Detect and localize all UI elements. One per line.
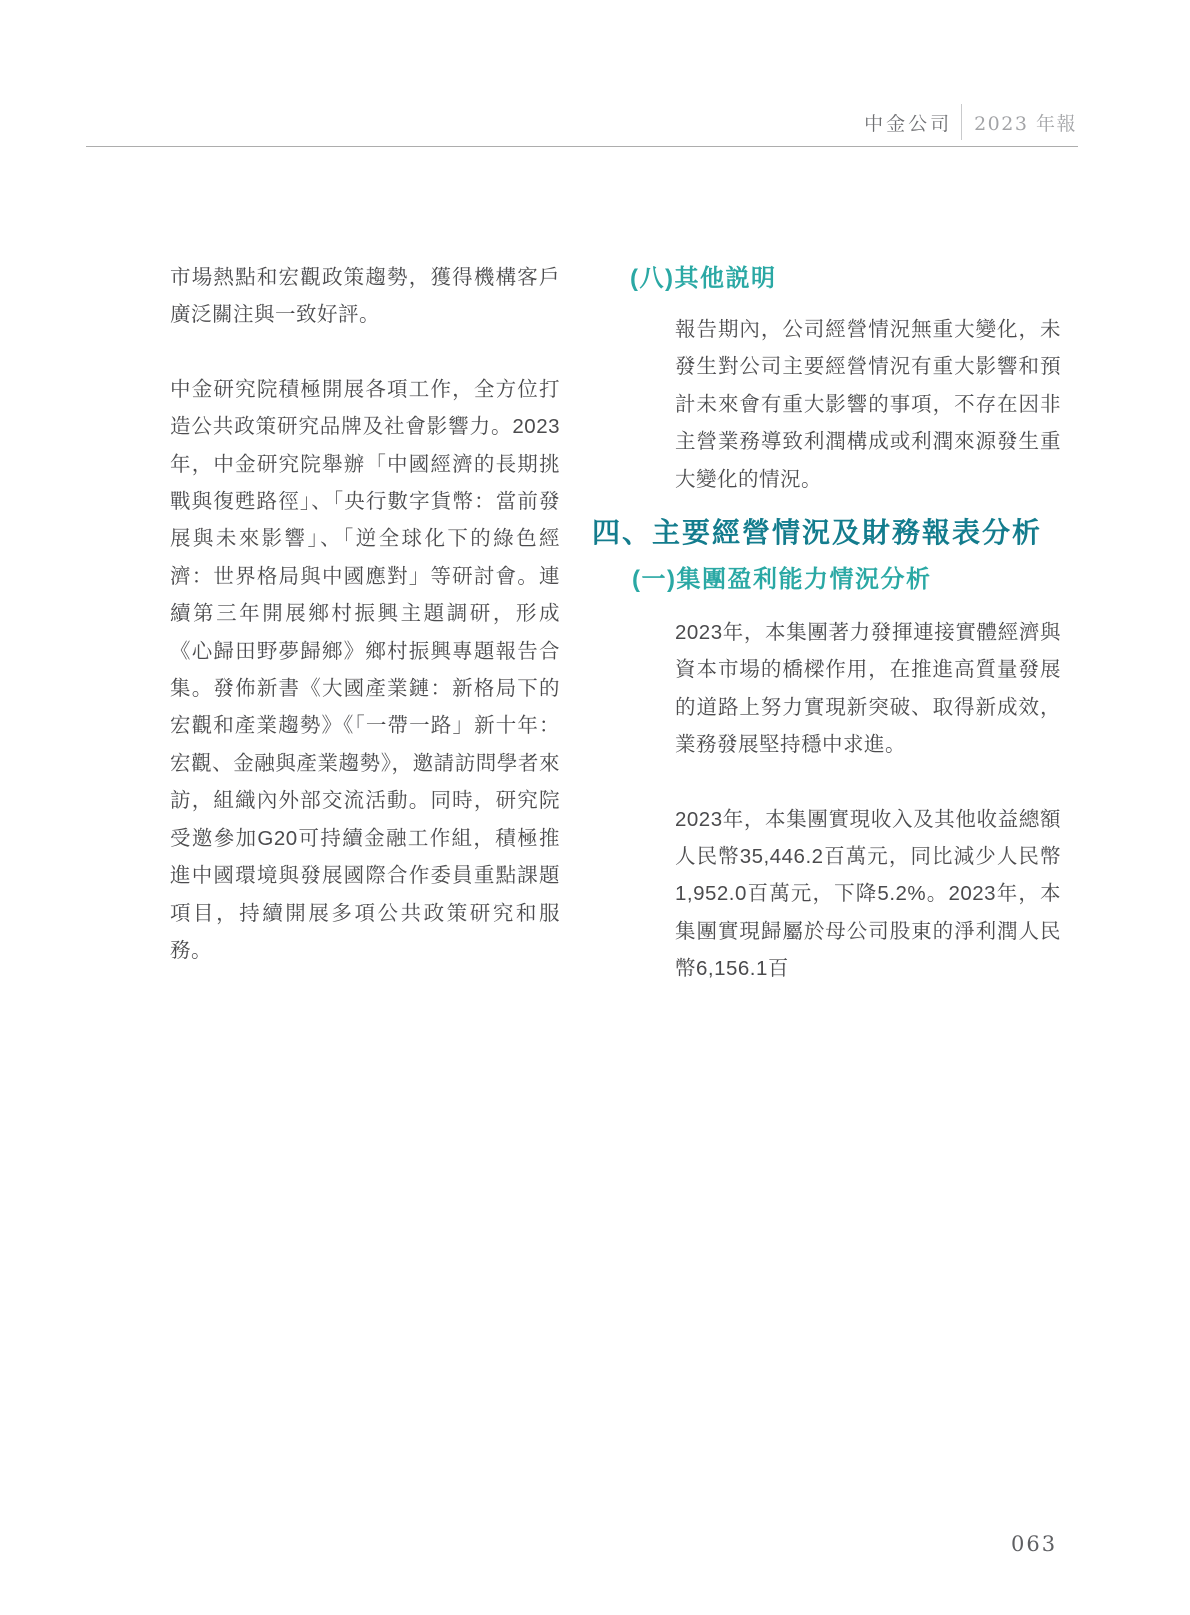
section-heading-other-notes: (八)其他説明 <box>630 263 1062 295</box>
profitability-paragraph-1: 2023年，本集團著力發揮連接實體經濟與資本市場的橋樑作用，在推進高質量發展的道… <box>675 614 1061 764</box>
right-column: (八)其他説明 報告期內，公司經營情況無重大變化，未發生對公司主要經營情況有重大… <box>592 263 1062 988</box>
company-name: 中金公司 <box>864 109 952 136</box>
report-edition: 2023 年報 <box>974 109 1077 136</box>
section-heading-main-analysis: 四、主要經營情況及財務報表分析 <box>592 515 1062 551</box>
left-paragraph-1: 市場熱點和宏觀政策趨勢，獲得機構客戶廣泛關注與一致好評。 <box>170 259 560 334</box>
header-divider <box>961 104 962 140</box>
section-heading-profitability: (一)集團盈利能力情況分析 <box>632 564 1062 596</box>
page-header: 中金公司 2023 年報 <box>864 103 1077 141</box>
page-number: 063 <box>1011 1532 1057 1556</box>
profitability-paragraph-2: 2023年，本集團實現收入及其他收益總額人民幣35,446.2百萬元，同比減少人… <box>675 801 1061 988</box>
report-page: 中金公司 2023 年報 市場熱點和宏觀政策趨勢，獲得機構客戶廣泛關注與一致好評… <box>0 0 1190 1615</box>
left-column: 市場熱點和宏觀政策趨勢，獲得機構客戶廣泛關注與一致好評。 中金研究院積極開展各項… <box>170 259 560 969</box>
header-rule-line <box>86 146 1078 147</box>
section-other-notes-body: 報告期內，公司經營情況無重大變化，未發生對公司主要經營情況有重大影響和預計未來會… <box>675 311 1061 498</box>
left-paragraph-2: 中金研究院積極開展各項工作，全方位打造公共政策研究品牌及社會影響力。2023年，… <box>170 371 560 970</box>
